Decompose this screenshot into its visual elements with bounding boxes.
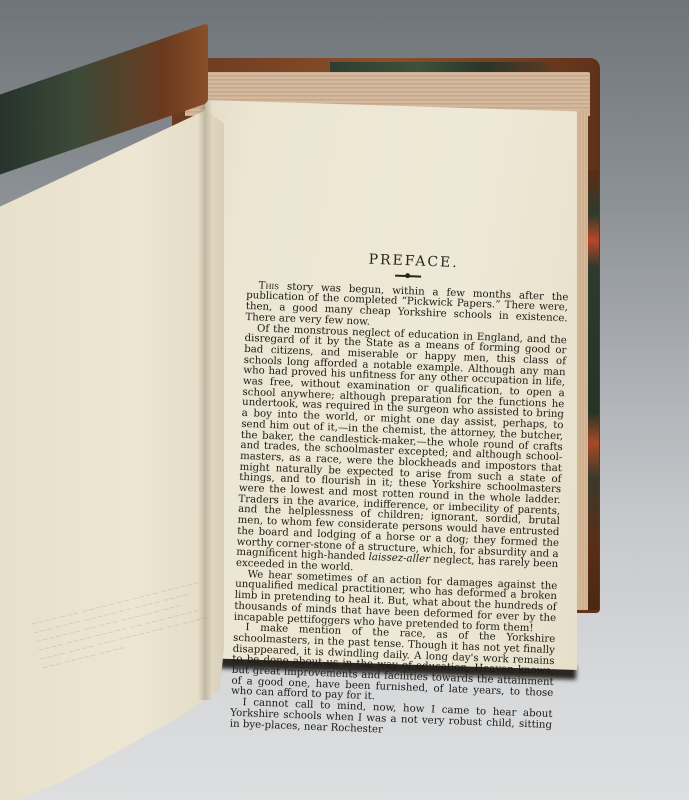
paragraph-text: story was begun, within a few months aft… [245,281,568,328]
italic-phrase: laissez-aller [368,552,430,565]
preface-text: PREFACE. This story was begun, within a … [230,250,570,742]
paragraph-text: Of the monstrous neglect of education in… [236,323,567,563]
book-gutter [198,100,212,700]
paragraph-2: Of the monstrous neglect of education in… [236,323,567,581]
paragraph-4: I make mention of the race, as of the Yo… [231,623,556,710]
ornament-rule [395,274,421,277]
photo-scene: PREFACE. This story was begun, within a … [0,0,689,800]
marbled-board-edge [330,62,550,72]
